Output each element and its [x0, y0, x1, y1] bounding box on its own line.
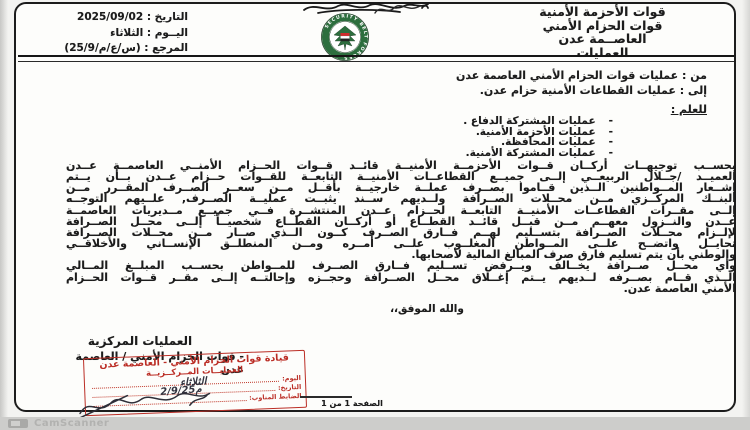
stamp-date-label: التاريخ: — [278, 383, 302, 392]
cc-item-text: عمليات المشتركة الأمنية. — [466, 147, 596, 159]
day-label: اليــوم : — [147, 27, 188, 39]
body-line: وأي محــل صــرافة يخــالف ويــرفض تســلي… — [66, 260, 736, 271]
to-value: عمليات القطاعات الأمنية حزام عدن. — [480, 84, 676, 97]
handwritten-scribble-icon — [372, 2, 424, 18]
stamp-officer-label: الضابط المناوب: — [249, 392, 302, 402]
from-value: عمليات قوات الحزام الأمني العاصمة عدن — [456, 69, 678, 82]
footer-rule — [300, 396, 352, 398]
emblem-circle-icon: SECURITY BELT FORCES — [322, 13, 369, 60]
date-row: التاريخ : 2025/09/02 — [46, 10, 188, 26]
body-line: الأمني العاصمة عدن. — [66, 283, 736, 294]
organization-header: قوات الأحزمة الأمنية قوات الحزام الأمني … — [500, 5, 705, 59]
scanner-background-strip — [0, 417, 750, 430]
scan-edge-shadow-right — [742, 0, 750, 417]
central-operations-title: العمليات المركزية — [80, 334, 200, 348]
org-line-capital: العاصــمة عدن — [500, 32, 705, 46]
date-label: التاريخ : — [147, 11, 188, 23]
from-label: من : — [682, 69, 707, 82]
reference-label: المرجع : — [144, 42, 188, 54]
stamp-day-label: اليوم: — [282, 374, 301, 383]
header-divider — [18, 55, 734, 62]
scan-edge-shadow-left — [0, 0, 8, 417]
cc-list: -عمليات المشتركة الدفاع . -عمليات الأحزم… — [62, 116, 613, 158]
cc-dash: - — [609, 116, 613, 127]
org-line-forces: قوات الأحزمة الأمنية — [500, 5, 705, 19]
scanned-letter-screenshot: { "colors": { "ink": "#1c1c1c", "stamp_r… — [0, 0, 750, 430]
camscanner-icon — [8, 419, 28, 428]
reference-value: (س/ع/م/25/9) — [64, 42, 140, 54]
org-line-belt: قوات الحزام الأمني — [500, 19, 705, 33]
body-line: البنــك المركــزي مــن محــلات الصــرافة… — [66, 193, 736, 204]
to-line: إلى : عمليات القطاعات الأمنية حزام عدن. — [62, 84, 707, 99]
letter-body: يحســب توجيهــات أركــان قــوات الأحزمــ… — [66, 160, 736, 294]
from-line: من : عمليات قوات الحزام الأمني العاصمة ع… — [62, 69, 707, 84]
official-red-stamp: قيادة قوات الحزام الأمني - العاصمة عدن ا… — [83, 350, 307, 416]
day-value: الثلاثاء — [110, 27, 143, 39]
date-reference-block: التاريخ : 2025/09/02 اليــوم : الثلاثاء … — [46, 10, 188, 57]
page-number: الصفحة 1 من 1 — [312, 399, 392, 408]
to-label: إلى : — [680, 84, 707, 97]
date-value: 2025/09/02 — [77, 11, 143, 23]
attention-label: للعلم : — [671, 103, 707, 116]
closing-phrase: والله الموفق،، — [327, 303, 527, 315]
from-to-block: من : عمليات قوات الحزام الأمني العاصمة ع… — [62, 69, 707, 98]
watermark-text: CamScanner — [34, 418, 109, 429]
cc-dash: - — [609, 148, 613, 159]
day-row: اليــوم : الثلاثاء — [46, 26, 188, 42]
cc-item: -عمليات المشتركة الأمنية. — [62, 148, 613, 159]
